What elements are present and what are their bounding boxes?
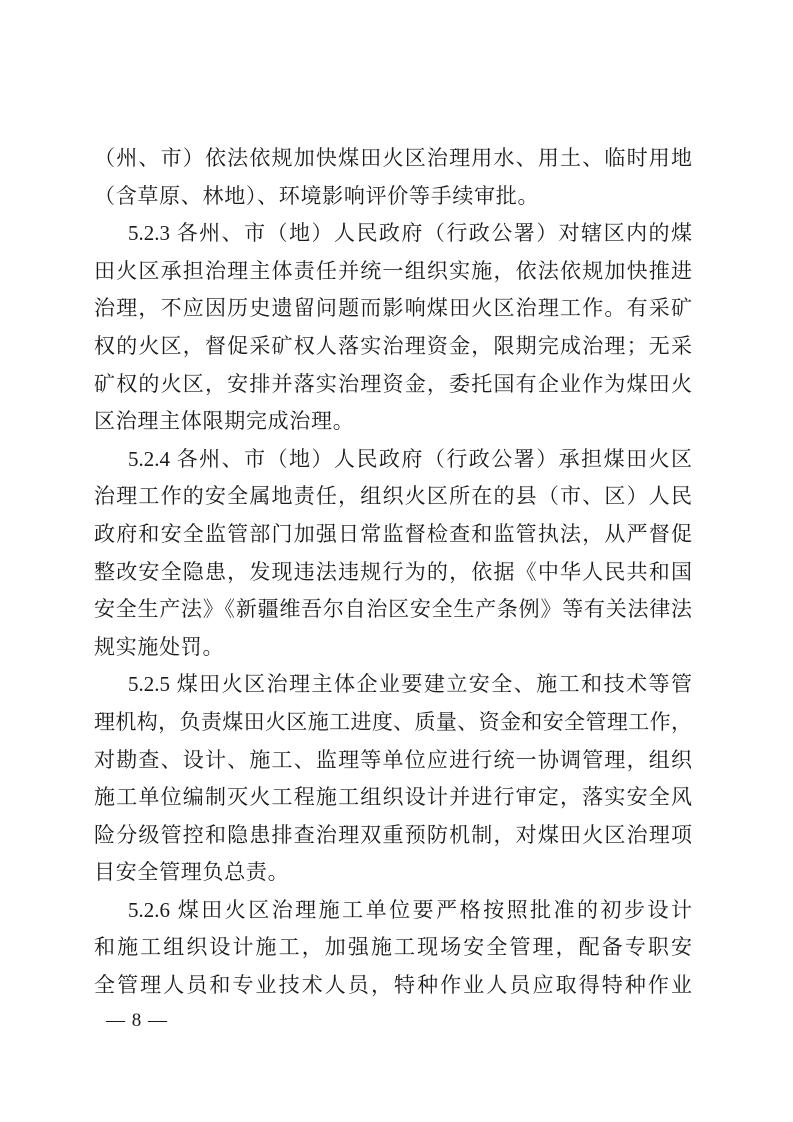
text-line: 对勘查、设计、施工、监理等单位应进行统一协调管理，组织 bbox=[94, 742, 692, 780]
text-line: 政府和安全监管部门加强日常监督检查和监管执法，从严督促 bbox=[94, 516, 692, 554]
text-line: 矿权的火区，安排并落实治理资金，委托国有企业作为煤田火 bbox=[94, 366, 692, 404]
text-line: 险分级管控和隐患排查治理双重预防机制，对煤田火区治理项 bbox=[94, 817, 692, 855]
paragraph-5-2-6: 5.2.6 煤田火区治理施工单位要严格按照批准的初步设计 和施工组织设计施工，加… bbox=[94, 892, 692, 1005]
clause-number-line: 5.2.6 煤田火区治理施工单位要严格按照批准的初步设计 bbox=[94, 892, 692, 930]
clause-number-line: 5.2.5 煤田火区治理主体企业要建立安全、施工和技术等管 bbox=[94, 666, 692, 704]
paragraph-continuation: （州、市）依法依规加快煤田火区治理用水、用土、临时用地 （含草原、林地）、环境影… bbox=[94, 140, 692, 215]
text-line: 田火区承担治理主体责任并统一组织实施，依法依规加快推进 bbox=[94, 253, 692, 291]
text-line: （州、市）依法依规加快煤田火区治理用水、用土、临时用地 bbox=[94, 140, 692, 178]
text-line: 理机构，负责煤田火区施工进度、质量、资金和安全管理工作， bbox=[94, 704, 692, 742]
clause-number-line: 5.2.4 各州、市（地）人民政府（行政公署）承担煤田火区 bbox=[94, 441, 692, 479]
text-line: 和施工组织设计施工，加强施工现场安全管理，配备专职安 bbox=[94, 929, 692, 967]
text-line: 整改安全隐患，发现违法违规行为的，依据《中华人民共和国 bbox=[94, 554, 692, 592]
clause-number-line: 5.2.3 各州、市（地）人民政府（行政公署）对辖区内的煤 bbox=[94, 215, 692, 253]
text-line: 治理，不应因历史遗留问题而影响煤田火区治理工作。有采矿 bbox=[94, 290, 692, 328]
text-line: 规实施处罚。 bbox=[94, 629, 692, 667]
page-number: — 8 — bbox=[106, 1010, 168, 1032]
paragraph-5-2-4: 5.2.4 各州、市（地）人民政府（行政公署）承担煤田火区 治理工作的安全属地责… bbox=[94, 441, 692, 667]
page-body: （州、市）依法依规加快煤田火区治理用水、用土、临时用地 （含草原、林地）、环境影… bbox=[94, 140, 692, 1005]
text-line: 安全生产法》《新疆维吾尔自治区安全生产条例》等有关法律法 bbox=[94, 591, 692, 629]
text-line: 区治理主体限期完成治理。 bbox=[94, 403, 692, 441]
text-line: （含草原、林地）、环境影响评价等手续审批。 bbox=[94, 178, 692, 216]
text-line: 全管理人员和专业技术人员，特种作业人员应取得特种作业 bbox=[94, 967, 692, 1005]
text-line: 目安全管理负总责。 bbox=[94, 854, 692, 892]
text-line: 权的火区，督促采矿权人落实治理资金，限期完成治理；无采 bbox=[94, 328, 692, 366]
paragraph-5-2-3: 5.2.3 各州、市（地）人民政府（行政公署）对辖区内的煤 田火区承担治理主体责… bbox=[94, 215, 692, 441]
document-page: （州、市）依法依规加快煤田火区治理用水、用土、临时用地 （含草原、林地）、环境影… bbox=[0, 0, 793, 1122]
text-line: 治理工作的安全属地责任，组织火区所在的县（市、区）人民 bbox=[94, 478, 692, 516]
text-line: 施工单位编制灭火工程施工组织设计并进行审定，落实安全风 bbox=[94, 779, 692, 817]
paragraph-5-2-5: 5.2.5 煤田火区治理主体企业要建立安全、施工和技术等管 理机构，负责煤田火区… bbox=[94, 666, 692, 892]
